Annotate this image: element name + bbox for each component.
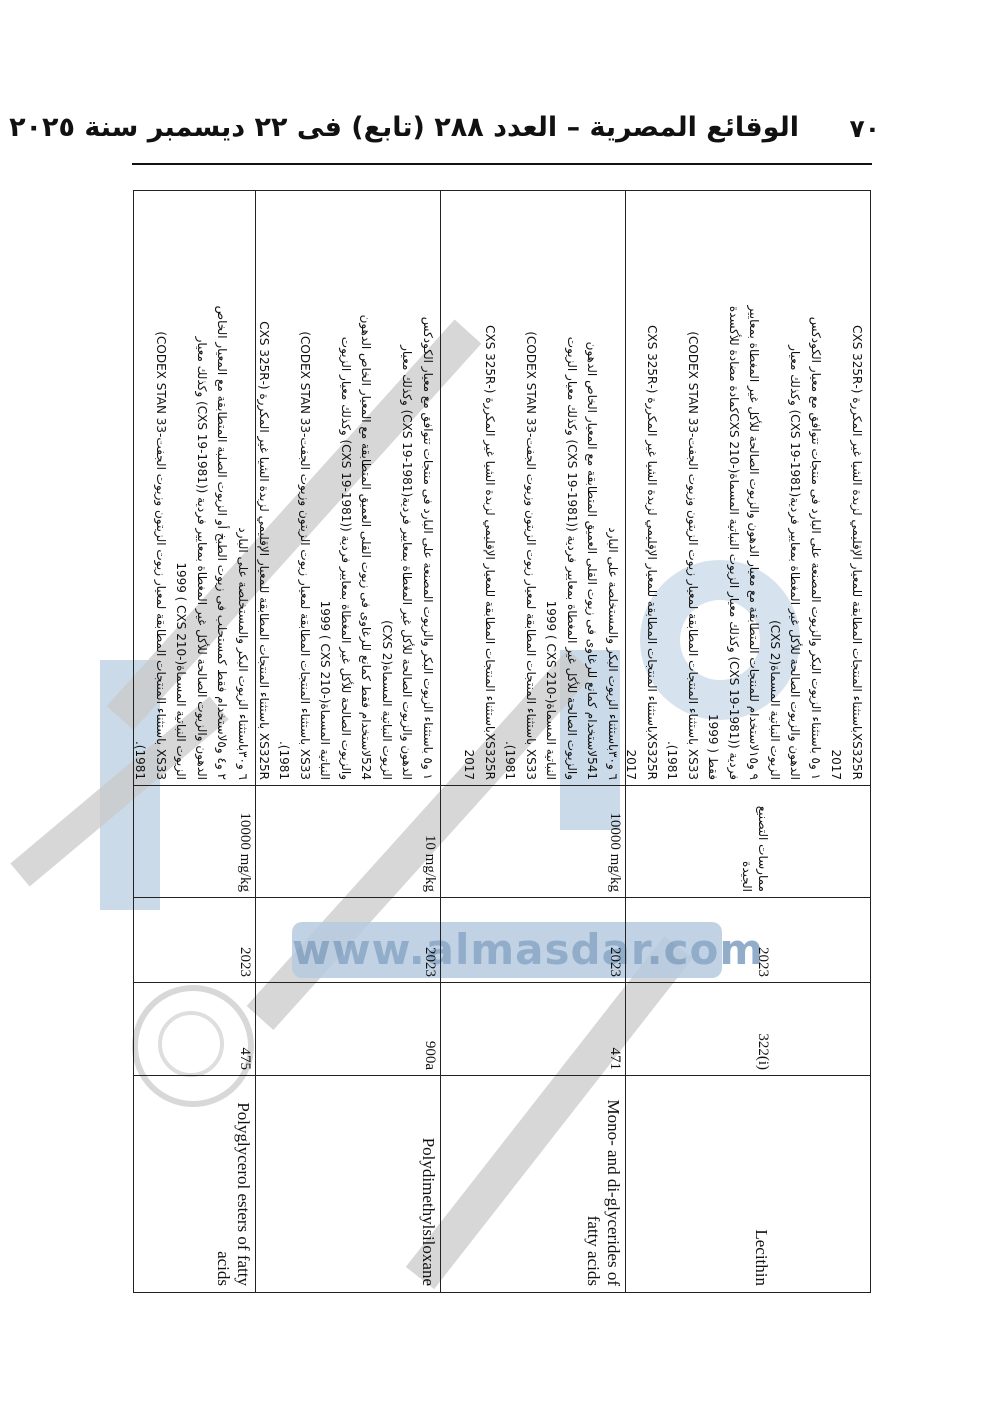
note-line: 2017 — [459, 197, 480, 780]
note-line: 1981). — [662, 197, 683, 780]
note-line: ٦ و٣٠باستثناء الزيوت البكر والمستخلصة عل… — [233, 197, 254, 780]
note-line: الدهون والزيوت الصالحة للأكل غير المغطاة… — [192, 197, 213, 780]
note-line: XS325Rباستثناء المنتجات المطابقة للمعيار… — [480, 197, 501, 780]
note-line: 541لاستخدام كمانع للرغاوى فى زيوت القلى … — [582, 197, 603, 780]
cell-year: 2023 — [134, 898, 255, 983]
note-line: ١ و٥ باستثناء الزيوت البكر والزيوت المصن… — [418, 197, 439, 780]
note-line: ١ و٥ باستثناء الزيوت البكر والزيوت المصن… — [806, 197, 827, 780]
cell-year: 2023 — [441, 898, 625, 983]
cell-name: Lecithin — [626, 1076, 870, 1292]
note-line: XS325Rباستثناء المنتجات المطابقة للمعيار… — [642, 197, 663, 780]
year-adopted: 2023 — [607, 947, 623, 977]
note-line: XS33 باستثناء المنتجات المطابقة لمعيار ز… — [683, 197, 704, 780]
cell-year: 2023 — [256, 898, 440, 983]
page-number: ٧٠ — [849, 114, 880, 143]
header-divider — [132, 163, 872, 165]
cell-notes: XS325Rباستثناء المنتجات المطابقة للمعيار… — [626, 191, 870, 786]
table-row: ٦ و٣٠باستثناء الزيوت البكر والمستخلصة عل… — [441, 191, 626, 1292]
note-line: 2017 — [826, 197, 847, 780]
max-level: 10000 mg/kg — [607, 812, 623, 892]
table-row: ٦ و٣٠باستثناء الزيوت البكر والمستخلصة عل… — [134, 191, 256, 1292]
note-line: ٢ و٤ و٥لاستخدام فقط كمستحلب فى زيوت الطب… — [212, 197, 233, 780]
note-line: الزيوت النباتية المسماة(2 CXS) — [765, 197, 786, 780]
note-line: ٦ و٣٠باستثناء الزيوت البكر والمستخلصة عل… — [603, 197, 624, 780]
additive-name: Polydimethylsiloxane — [419, 1138, 438, 1286]
ins-number: 471 — [607, 1048, 623, 1071]
table-row: ١ و٥ باستثناء الزيوت البكر والزيوت المصن… — [256, 191, 441, 1292]
note-line: XS325Rباستثناء المنتجات المطابقة للمعيار… — [847, 197, 868, 780]
additive-name: Mono- and di-glycerides of fatty acids — [584, 1100, 623, 1286]
note-line: الزيوت النباتية المسماة(2 CXS) — [377, 197, 398, 780]
max-level: ممارسات التصنيع الجيدة — [740, 806, 770, 892]
page-header: ٧٠ الوقائع المصرية – العدد ٢٨٨ (تابع) فى… — [0, 106, 1004, 156]
additive-name: Polyglycerol esters of fatty acids — [214, 1102, 253, 1286]
cell-max-level: 10 mg/kg — [256, 786, 440, 898]
note-line: XS325R باستثناء المنتجات المطابقة للمعيا… — [256, 197, 274, 780]
max-level: 10 mg/kg — [422, 835, 438, 892]
cell-name: Polyglycerol esters of fatty acids — [134, 1076, 255, 1292]
note-line: XS33 باستثناء المنتجات المطابقة لمعيار ز… — [521, 197, 542, 780]
note-line: فقط ( 1999 — [703, 197, 724, 780]
year-adopted: 2023 — [755, 947, 771, 977]
note-line: 1981). — [274, 197, 295, 780]
note-line: والزيوت الصالحة للأكل غير المغطاة بمعايي… — [336, 197, 357, 780]
cell-ins: 900a — [256, 983, 440, 1076]
cell-ins: 322(i) — [626, 983, 870, 1076]
note-line: 1981). — [500, 197, 521, 780]
ins-number: 322(i) — [755, 1033, 771, 1070]
gazette-title: الوقائع المصرية – العدد ٢٨٨ (تابع) فى ٢٢… — [9, 112, 799, 143]
max-level: 10000 mg/kg — [237, 812, 253, 892]
cell-ins: 471 — [441, 983, 625, 1076]
cell-max-level: ممارسات التصنيع الجيدة — [626, 786, 870, 898]
note-line: الدهون والزيوت الصالحة للأكل غير المغطاة… — [785, 197, 806, 780]
ins-number: 900a — [422, 1041, 438, 1070]
cell-ins: 475 — [134, 983, 255, 1076]
table-row: XS325Rباستثناء المنتجات المطابقة للمعيار… — [626, 191, 870, 1292]
note-line: 1981). — [134, 197, 151, 780]
note-line: فردية ((CXS 19-1981) وكذلك معيار الزيوت … — [724, 197, 745, 780]
note-line: النباتية المسماة(-CXS 210 ) 1999 — [541, 197, 562, 780]
year-adopted: 2023 — [237, 947, 253, 977]
year-adopted: 2023 — [422, 947, 438, 977]
cell-notes: ٦ و٣٠باستثناء الزيوت البكر والمستخلصة عل… — [134, 191, 255, 786]
note-line: والزيوت الصالحة للأكل غير المغطاة بمعايي… — [562, 197, 583, 780]
note-line: 524لاستخدام فقط كمانع للرغاوى فى زيوت ال… — [356, 197, 377, 780]
cell-notes: ٦ و٣٠باستثناء الزيوت البكر والمستخلصة عل… — [441, 191, 625, 786]
note-line: الزيوت النباتية المسماة(-CXS 210 ) 1999 — [171, 197, 192, 780]
additive-name: Lecithin — [752, 1229, 771, 1286]
note-line: ٩ و١٥لاستخدام للمنتجات المتطابقة مع معيا… — [744, 197, 765, 780]
note-line: 2017 — [626, 197, 642, 780]
cell-name: Mono- and di-glycerides of fatty acids — [441, 1076, 625, 1292]
food-additives-table: ٦ و٣٠باستثناء الزيوت البكر والمستخلصة عل… — [133, 190, 871, 1293]
cell-max-level: 10000 mg/kg — [441, 786, 625, 898]
note-line: XS33 باستثناء المنتجات المطابقة لمعيار ز… — [151, 197, 172, 780]
cell-max-level: 10000 mg/kg — [134, 786, 255, 898]
cell-name: Polydimethylsiloxane — [256, 1076, 440, 1292]
cell-notes: ١ و٥ باستثناء الزيوت البكر والزيوت المصن… — [256, 191, 440, 786]
cell-year: 2023 — [626, 898, 870, 983]
note-line: النباتية المسماة(-CXS 210 ) 1999 — [315, 197, 336, 780]
note-line: الدهون والزيوت الصالحة للأكل غير المغطاة… — [397, 197, 418, 780]
note-line: XS33 باستثناء المنتجات المطابقة لمعيار ز… — [295, 197, 316, 780]
ins-number: 475 — [237, 1048, 253, 1071]
